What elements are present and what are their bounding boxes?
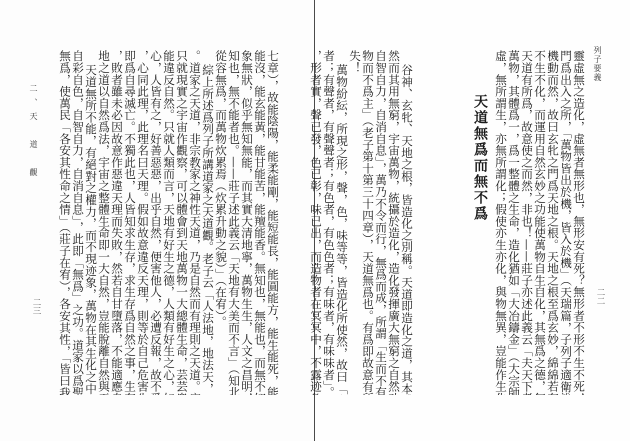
text-column: 者；有聲者，有聲聲者；有色者，有色色者；有味者，有味味者」。造化使之各如其分而現… bbox=[322, 50, 335, 395]
right-page: 列子要義 二二 天道無爲而無不爲 靈虛無之造化，虛無者無形也，無形安有死？無形者… bbox=[315, 0, 630, 441]
text-column: 能沒，能玄能黃，能甘能苦，能羶能香。無知也，無能也，而無不知也，而無不能也」（天… bbox=[253, 50, 266, 395]
running-head: 列子要義 bbox=[592, 46, 603, 82]
text-column: 物而不爲主」（老子第十第三十四章），天道無爲也。有爲即故意有所作爲，故意有所作爲… bbox=[361, 50, 374, 395]
text-column: 天道無所不能，有絕對之權力，而不現迹象，萬物在其生化之中，皆順自然適性，以爲「自… bbox=[84, 64, 97, 395]
text-column: 無爲，使萬民「各安其性命之情」（莊子在宥），各安其性，「皆曰我自然」，故曰「道常… bbox=[58, 50, 71, 395]
text-column: ，心同此理，此理名曰天理。假如故意違反天理，則等於自己危害生存，所謂必遭天譴，爲… bbox=[136, 50, 149, 395]
text-column: 知也，無不能者也。——莊子述此義云「天地有大美而不言」（知北遊），「無爲而尊者，… bbox=[227, 50, 240, 395]
text-column: 機動而然，故曰玄牝之門爲天地之根。天地之根至爲玄妙，綿綿若存，不可測度，而其功用… bbox=[546, 50, 559, 395]
text-column: 能違反自然。只就人類而言，天地有好生之德，人類有好生之心，如何生存？皆有其自然之… bbox=[162, 50, 175, 395]
text-column: 靈虛無之造化，虛無者無形也，無形安有死？無形者不形不生不死，然其有玄妙功能，生殖… bbox=[572, 50, 585, 395]
text-column: 萬物紛紜，所現之形，聲，色，味等等，皆造化所使然，故曰「有生者，有生生者；有形者… bbox=[335, 64, 348, 395]
text-column: 只就現實之宇宙作觀察，可以體會到天地萬物一大總體生命，芸芸衆生有一貫生存之道，大… bbox=[175, 50, 188, 395]
text-column: 自彩自色，自智自力，自消自息」，此即「無爲」之功。道家以爲聖人之所以能治天下，卽… bbox=[71, 50, 84, 395]
text-column: 門爲出入之所，「萬物皆出於機，皆入於機」（天瑞篇，子列子適衛說內之言），萬物之生… bbox=[559, 50, 572, 395]
text-column: 谷神、玄牝、天地之根，皆造化之別稱。天道即造化之道，其本體不生不化，綿綿若存，不… bbox=[400, 64, 413, 395]
text-column: 七章），故能陰陽，能柔能剛，能短能長，能圓能方，能生能死，能暑能涼，能浮能沉，能… bbox=[266, 50, 279, 395]
text-column: 然而其用無窮，宇宙萬物，統攝於造化，造化發揮廣大無窮之自然功能，使萬物「自生自化… bbox=[387, 50, 400, 395]
text-column: 不生不化，而運用自然玄妙之功能使萬物自生自化，其無爲之德，無象無迹，若謂生化形色… bbox=[533, 50, 546, 395]
text-column: ，敗者雖未必因故意作惡違天理而失敗，然若自甘墮落，不能適應自然，與時俱進，故亦必… bbox=[110, 50, 123, 395]
section-heading: 天道無爲而無不爲 bbox=[470, 94, 490, 222]
page-number: 二三 bbox=[30, 298, 42, 315]
text-column: 虛，無所謂生，亦無所謂化；假使亦生亦化，與物無異，豈能作生化之本原？ bbox=[494, 50, 507, 395]
left-page: 二、天 道 觀 二三 七章），故能陰陽，能柔能剛，能短能長，能圓能方，能生能死，… bbox=[0, 0, 315, 441]
text-column: 從容無爲，而萬物炊累焉（炊累升動之貌）」（在宥）。 bbox=[214, 50, 227, 395]
page-number: 二二 bbox=[594, 288, 606, 305]
text-column: 失！ bbox=[348, 50, 361, 395]
text-column: 心，人皆有之，好善惡惡，出乎自然，便害他人，必遭反報，故不爲也：此皆天生自然之心… bbox=[149, 50, 162, 395]
text-column: 即爲自尋滅亡。不獨此也，人皆知求生存，求生存爲自然之事，生存競爭，有自然之律，優… bbox=[123, 50, 136, 395]
text-column: ，形者實，聲已發，色已彰，味已出，而造物者在冥冥中，不露迹象，「無爲，而無不爲」… bbox=[309, 50, 322, 395]
text-column: 綜上所述爲列子所講道家之天道觀。老子云「人法地，地法天，天法道，道法自然」（第二… bbox=[201, 64, 214, 395]
text-column: 地之道以自然爲法，宇宙之整體生命即一大自然，豈能脫離自然與天地對抗哉！ bbox=[97, 50, 110, 395]
text-column: 天道有所爲，故意使之而然，非也！——莊子亦述此義云「夫天下者，萬物之所一也」（田… bbox=[520, 50, 533, 395]
text-column: 象無狀，似乎無知無能，而其實大清地寧，萬物生生，人文之昌明，花鳥之艷美，皆其所爲… bbox=[240, 50, 253, 395]
text-column: 自智自力，自消自息」，萬乃不令而行，無爲而成，所謂「生而不有，爲而不恃，長而不宰… bbox=[374, 50, 387, 395]
running-head: 二、天 道 觀 bbox=[28, 84, 39, 182]
text-column: 萬物，其體爲一，爲一整體之生命，造化猶如「大冶鑄金」（大宗師），能生化萬物，而其… bbox=[507, 50, 520, 395]
text-column: 。道家之天道，非宗教家之神性天道，乃是自然而有理則之天道。宇宙未生之前，是何情狀… bbox=[188, 50, 201, 395]
